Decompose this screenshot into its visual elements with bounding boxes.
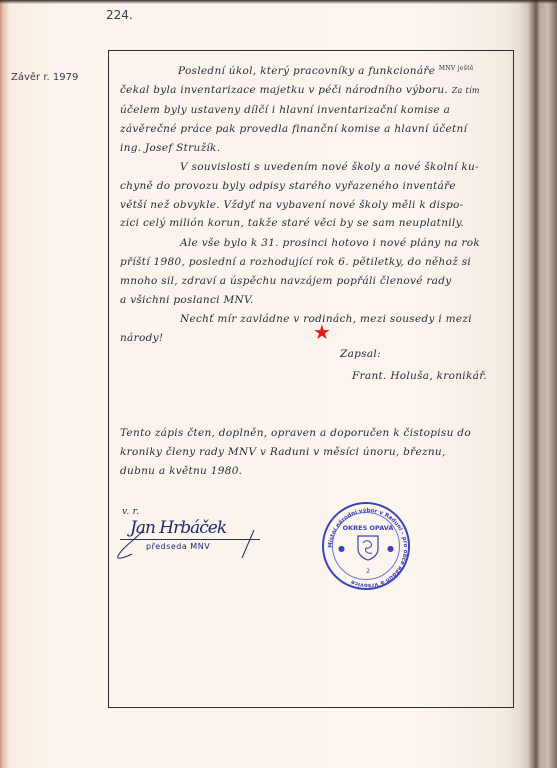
approval-line-2: kroniky členy rady MNV v Raduni v měsíci…	[120, 446, 446, 458]
stamp-district: OKRES OPAVA	[324, 524, 412, 532]
entry-line-5: ing. Josef Stružík.	[120, 142, 220, 154]
entry-line-15: národy!	[120, 332, 163, 344]
margin-note: Závěr r. 1979	[11, 72, 78, 83]
entry-line-3: účelem byly ustaveny dílčí i hlavní inve…	[120, 104, 450, 116]
entry-line-11: příští 1980, poslední a rozhodující rok …	[120, 256, 471, 268]
entry-line-9: zici celý milión korun, takže staré věci…	[120, 217, 464, 229]
entry-line-8: větší než obvykle. Vždyť na vybavení nov…	[120, 199, 464, 211]
chronicle-page: 224. Závěr r. 1979 Poslední úkol, který …	[0, 0, 557, 768]
entry-line-4: závěrečné práce pak provedla finanční ko…	[120, 123, 467, 135]
stamp-dot-left-icon: ●	[338, 544, 345, 553]
signature-prefix: v. r.	[122, 507, 139, 517]
chronicler-signature: Frant. Holuša, kronikář.	[352, 370, 487, 382]
chairman-title: předseda MNV	[146, 542, 210, 551]
coat-of-arms-icon	[357, 535, 379, 561]
red-star-icon: ★	[313, 322, 331, 342]
stamp-number: 2	[324, 568, 412, 575]
official-stamp: Místní národní výbor v Raduni – pro obce…	[322, 502, 410, 590]
signature-underline	[120, 539, 260, 540]
page-number: 224.	[106, 8, 133, 22]
stamp-dot-right-icon: ●	[387, 544, 394, 553]
entry-line-7: chyně do provozu byly odpisy starého vyř…	[120, 180, 456, 192]
entry-line-13: a všichni poslanci MNV.	[120, 294, 254, 306]
book-edge-shadow	[0, 0, 557, 4]
entry-line-12: mnoho sil, zdraví a úspěchu navzájem pop…	[120, 275, 452, 287]
approval-line-1: Tento zápis čten, doplněn, opraven a dop…	[120, 427, 471, 439]
approval-line-3: dubnu a květnu 1980.	[120, 465, 242, 477]
recorded-label: Zapsal:	[340, 348, 381, 360]
entry-line-1: Poslední úkol, který pracovníky a funkci…	[178, 65, 474, 77]
entry-line-6: V souvislosti s uvedením nové školy a no…	[180, 161, 479, 173]
entry-line-2: čekal byla inventarizace majetku v péči …	[120, 84, 480, 96]
entry-line-10: Ale vše bylo k 31. prosinci hotovo i nov…	[180, 237, 480, 249]
